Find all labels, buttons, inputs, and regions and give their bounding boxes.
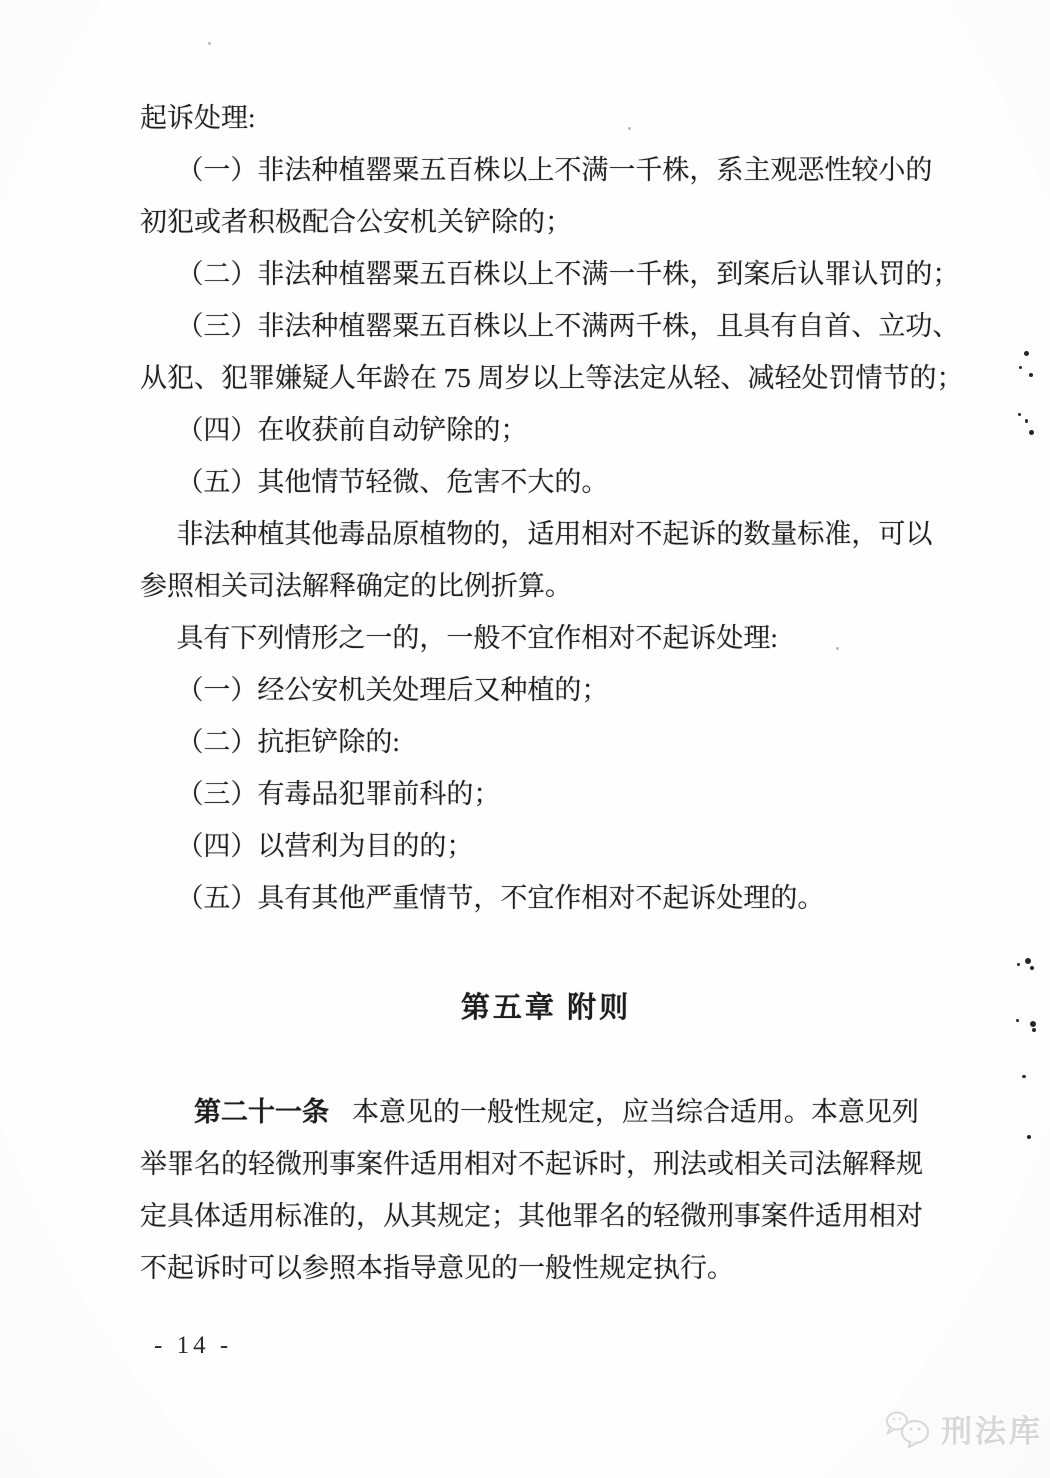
ink-speck bbox=[1022, 1075, 1026, 1078]
ink-speck bbox=[1025, 419, 1028, 423]
ink-speck bbox=[1025, 958, 1031, 964]
ink-speck bbox=[628, 127, 631, 130]
watermark: 刑法库 bbox=[884, 1406, 1043, 1451]
ink-speck bbox=[1029, 430, 1034, 435]
ink-speck bbox=[1024, 351, 1029, 356]
ink-speck bbox=[836, 647, 839, 650]
article-line: 不起诉时可以参照本指导意见的一般性规定执行。 bbox=[140, 1242, 952, 1294]
document-body: 起诉处理: （一）非法种植罂粟五百株以上不满一千株，系主观恶性较小的 初犯或者积… bbox=[140, 92, 952, 1372]
list-item-line: （四）在收获前自动铲除的； bbox=[140, 404, 952, 456]
list-item-line: （五）具有其他严重情节，不宜作相对不起诉处理的。 bbox=[140, 872, 952, 924]
list-item-continuation-line: 从犯、犯罪嫌疑人年龄在 75 周岁以上等法定从轻、减轻处罚情节的； bbox=[140, 352, 952, 404]
list-item-line: （四）以营利为目的的； bbox=[140, 820, 952, 872]
ink-speck bbox=[1027, 1135, 1031, 1139]
article-line: 定具体适用标准的，从其规定；其他罪名的轻微刑事案件适用相对 bbox=[140, 1190, 952, 1242]
page-number: - 14 - bbox=[154, 1320, 952, 1372]
ink-speck bbox=[1030, 1021, 1036, 1027]
paragraph-continuation-line: 参照相关司法解释确定的比例折算。 bbox=[140, 560, 952, 612]
paragraph-tail-line: 起诉处理: bbox=[140, 92, 952, 144]
ink-speck bbox=[1032, 1028, 1036, 1032]
list-item-line: （一）经公安机关处理后又种植的； bbox=[140, 664, 952, 716]
article-text: 本意见的一般性规定，应当综合适用。本意见列 bbox=[352, 1097, 919, 1127]
article-number: 第二十一条 bbox=[194, 1097, 329, 1127]
paragraph-line: 非法种植其他毒品原植物的，适用相对不起诉的数量标准，可以 bbox=[140, 508, 952, 560]
list-item-line: （二）非法种植罂粟五百株以上不满一千株，到案后认罪认罚的； bbox=[140, 248, 952, 300]
list-item-line: （五）其他情节轻微、危害不大的。 bbox=[140, 456, 952, 508]
scanned-document-page: 起诉处理: （一）非法种植罂粟五百株以上不满一千株，系主观恶性较小的 初犯或者积… bbox=[0, 0, 1050, 1478]
watermark-brand: 刑法库 bbox=[941, 1406, 1043, 1451]
ink-speck bbox=[1030, 966, 1034, 970]
paragraph-line: 具有下列情形之一的，一般不宜作相对不起诉处理: bbox=[140, 612, 952, 664]
ink-speck bbox=[1019, 366, 1022, 369]
wechat-chat-bubbles-icon bbox=[884, 1409, 934, 1449]
ink-speck bbox=[1018, 413, 1021, 416]
chapter-heading: 第五章 附则 bbox=[140, 982, 952, 1034]
ink-speck bbox=[1029, 373, 1033, 377]
article-line: 举罪名的轻微刑事案件适用相对不起诉时，刑法或相关司法解释规 bbox=[140, 1138, 952, 1190]
ink-speck bbox=[208, 42, 211, 45]
list-item-line: （三）非法种植罂粟五百株以上不满两千株，且具有自首、立功、 bbox=[140, 300, 952, 352]
list-item-line: （二）抗拒铲除的: bbox=[140, 716, 952, 768]
ink-speck bbox=[1016, 1019, 1019, 1022]
article-first-line: 第二十一条本意见的一般性规定，应当综合适用。本意见列 bbox=[140, 1086, 952, 1138]
list-item-line: （三）有毒品犯罪前科的； bbox=[140, 768, 952, 820]
list-item-line: （一）非法种植罂粟五百株以上不满一千株，系主观恶性较小的 bbox=[140, 144, 952, 196]
list-item-continuation-line: 初犯或者积极配合公安机关铲除的； bbox=[140, 196, 952, 248]
ink-speck bbox=[1017, 963, 1020, 966]
